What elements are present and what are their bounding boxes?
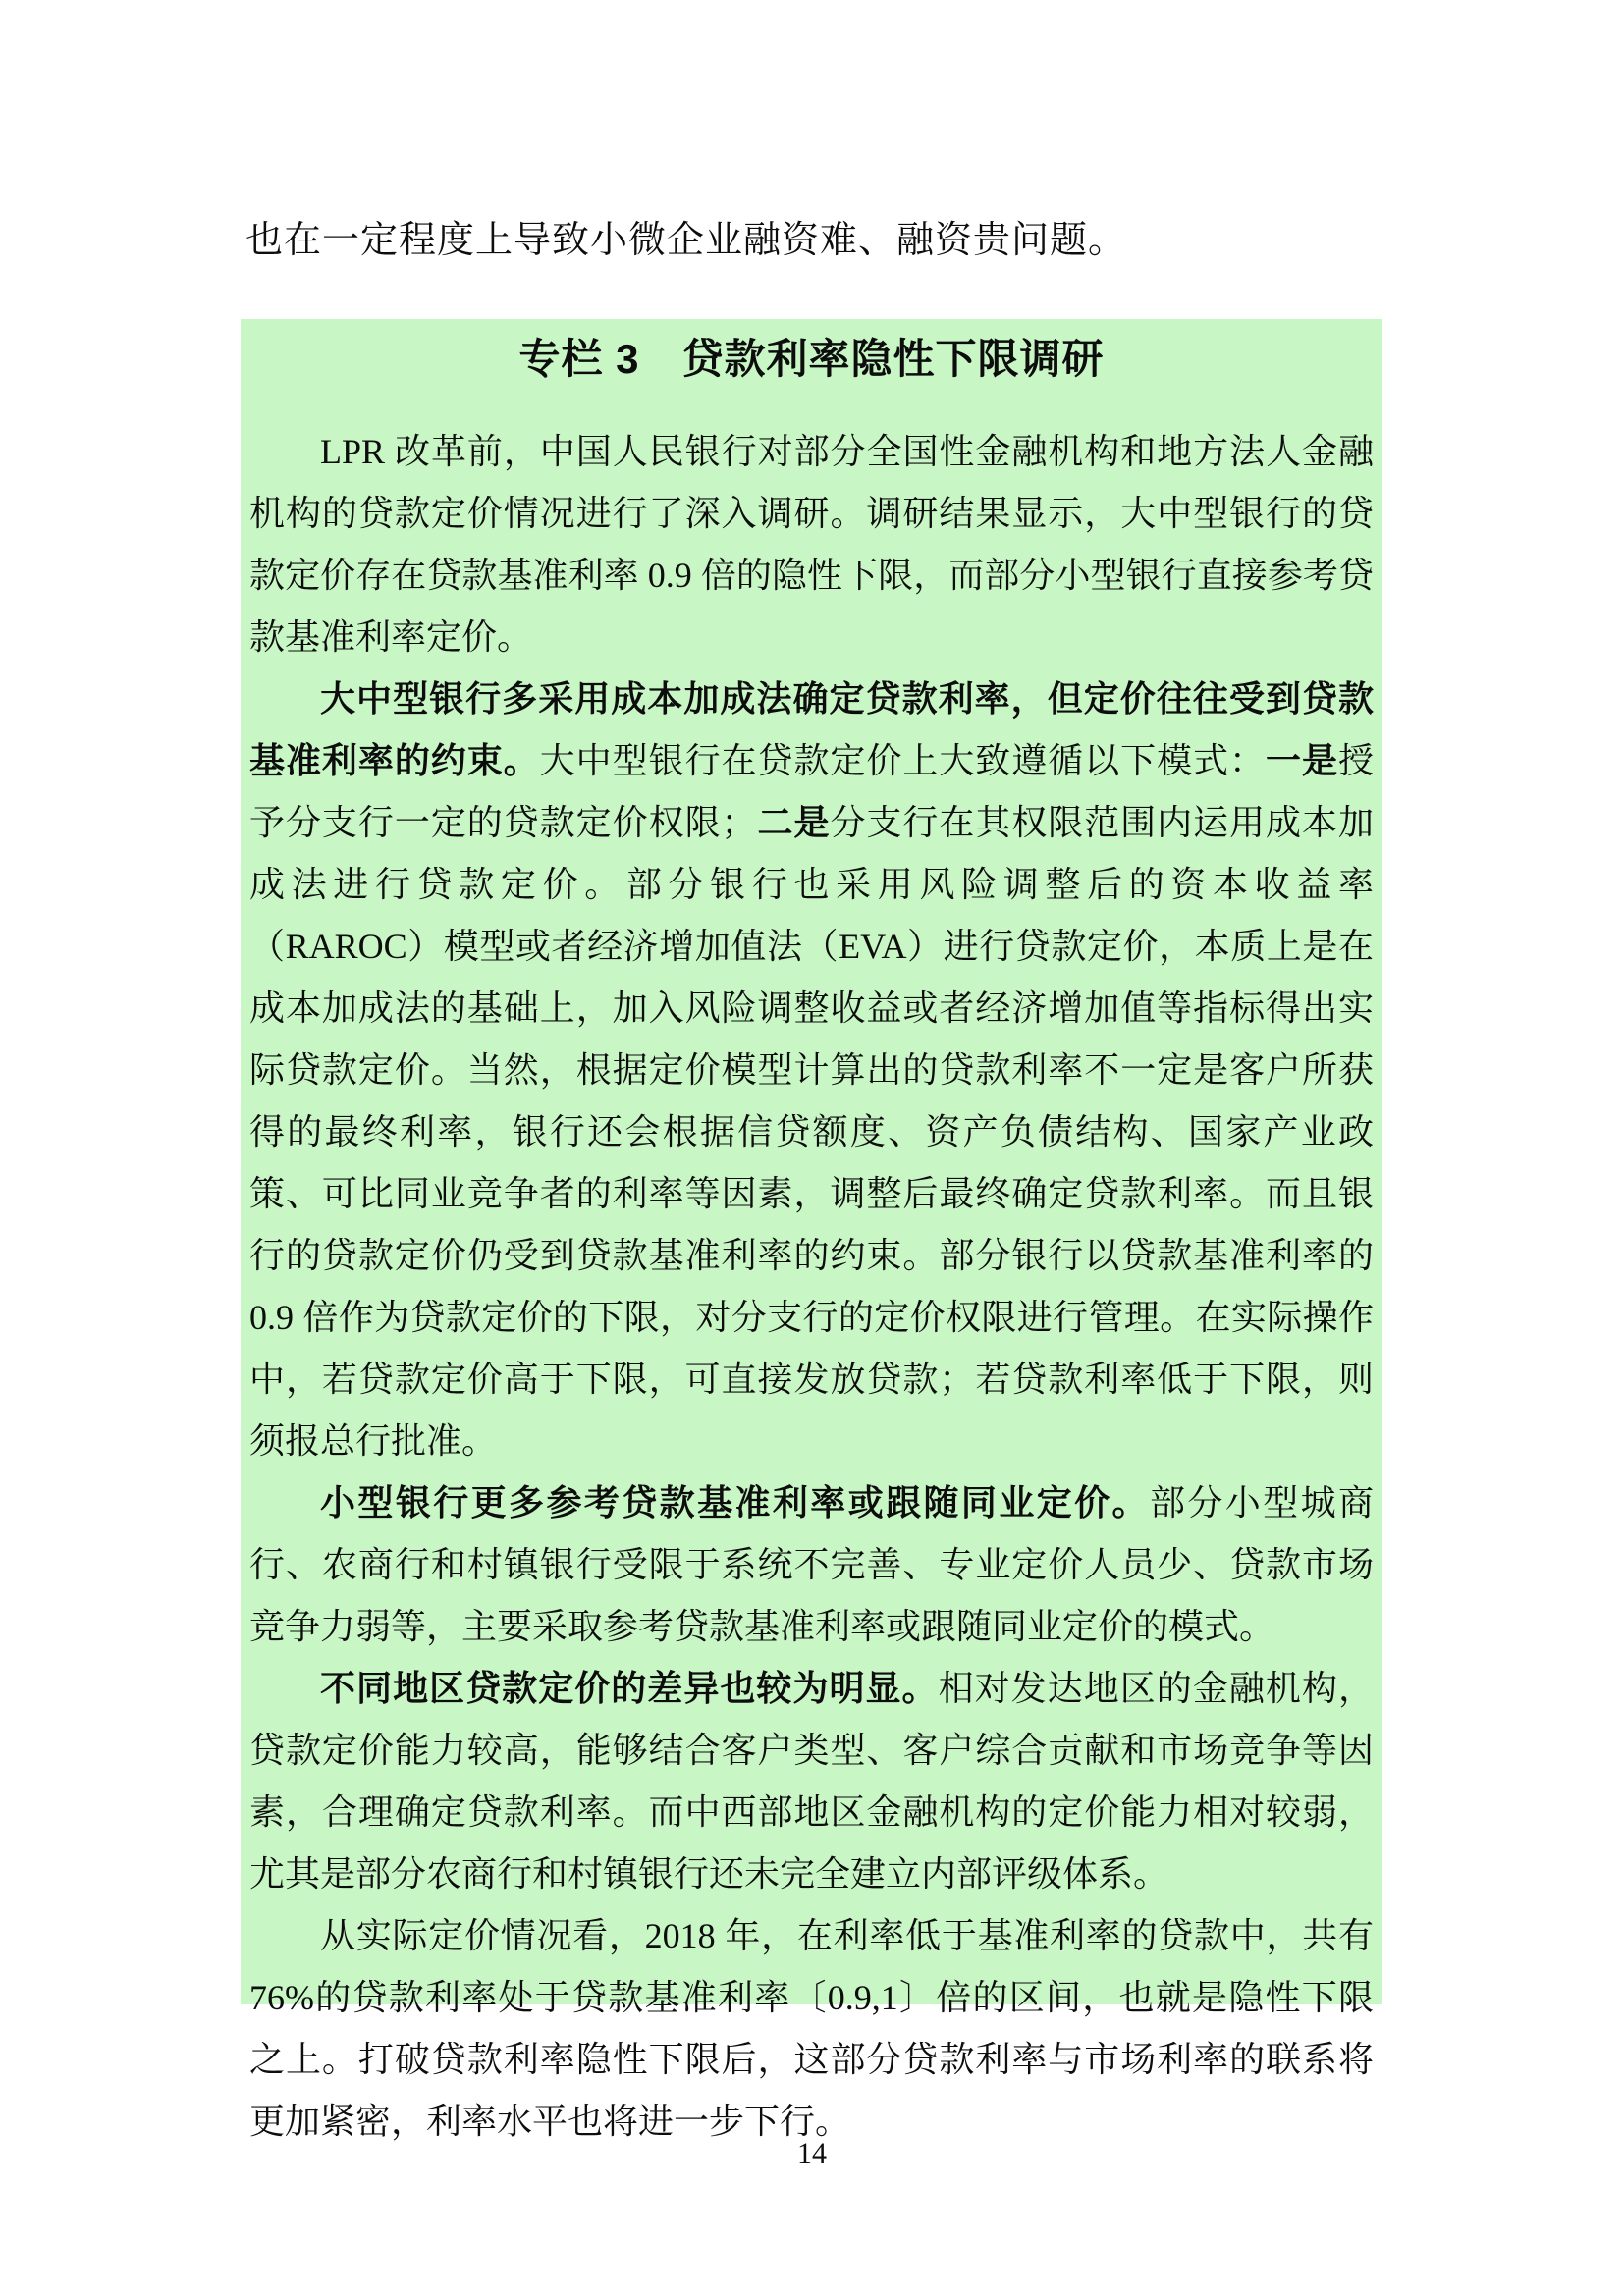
bold-text-segment: 二是 (757, 803, 831, 842)
box-paragraph: 大中型银行多采用成本加成法确定贷款利率，但定价往往受到贷款基准利率的约束。大中型… (249, 668, 1374, 1472)
box3-panel: 专栏 3 贷款利率隐性下限调研 LPR 改革前，中国人民银行对部分全国性金融机构… (241, 319, 1382, 2004)
box-paragraph: LPR 改革前，中国人民银行对部分全国性金融机构和地方法人金融机构的贷款定价情况… (249, 421, 1374, 668)
text-segment: LPR 改革前，中国人民银行对部分全国性金融机构和地方法人金融机构的贷款定价情况… (249, 432, 1374, 657)
box-body: LPR 改革前，中国人民银行对部分全国性金融机构和地方法人金融机构的贷款定价情况… (249, 421, 1374, 2153)
bold-text-segment: 小型银行更多参考贷款基准利率或跟随同业定价。 (320, 1483, 1150, 1522)
box-paragraph: 小型银行更多参考贷款基准利率或跟随同业定价。部分小型城商行、农商行和村镇银行受限… (249, 1472, 1374, 1658)
text-segment: 大中型银行在贷款定价上大致遵循以下模式： (540, 741, 1266, 780)
box-title: 专栏 3 贷款利率隐性下限调研 (249, 331, 1374, 388)
intro-paragraph: 也在一定程度上导致小微企业融资难、融资贵问题。 (245, 216, 1384, 265)
page-number: 14 (0, 2137, 1624, 2170)
text-segment: 从实际定价情况看，2018 年，在利率低于基准利率的贷款中，共有 76%的贷款利… (249, 1916, 1374, 2141)
text-segment: 分支行在其权限范围内运用成本加成法进行贷款定价。部分银行也采用风险调整后的资本收… (249, 803, 1374, 1461)
box-paragraph: 不同地区贷款定价的差异也较为明显。相对发达地区的金融机构，贷款定价能力较高，能够… (249, 1658, 1374, 1905)
box-paragraph: 从实际定价情况看，2018 年，在利率低于基准利率的贷款中，共有 76%的贷款利… (249, 1905, 1374, 2153)
document-page: 也在一定程度上导致小微企业融资难、融资贵问题。 专栏 3 贷款利率隐性下限调研 … (0, 0, 1624, 2296)
bold-text-segment: 不同地区贷款定价的差异也较为明显。 (320, 1669, 939, 1708)
bold-text-segment: 一是 (1266, 741, 1338, 780)
